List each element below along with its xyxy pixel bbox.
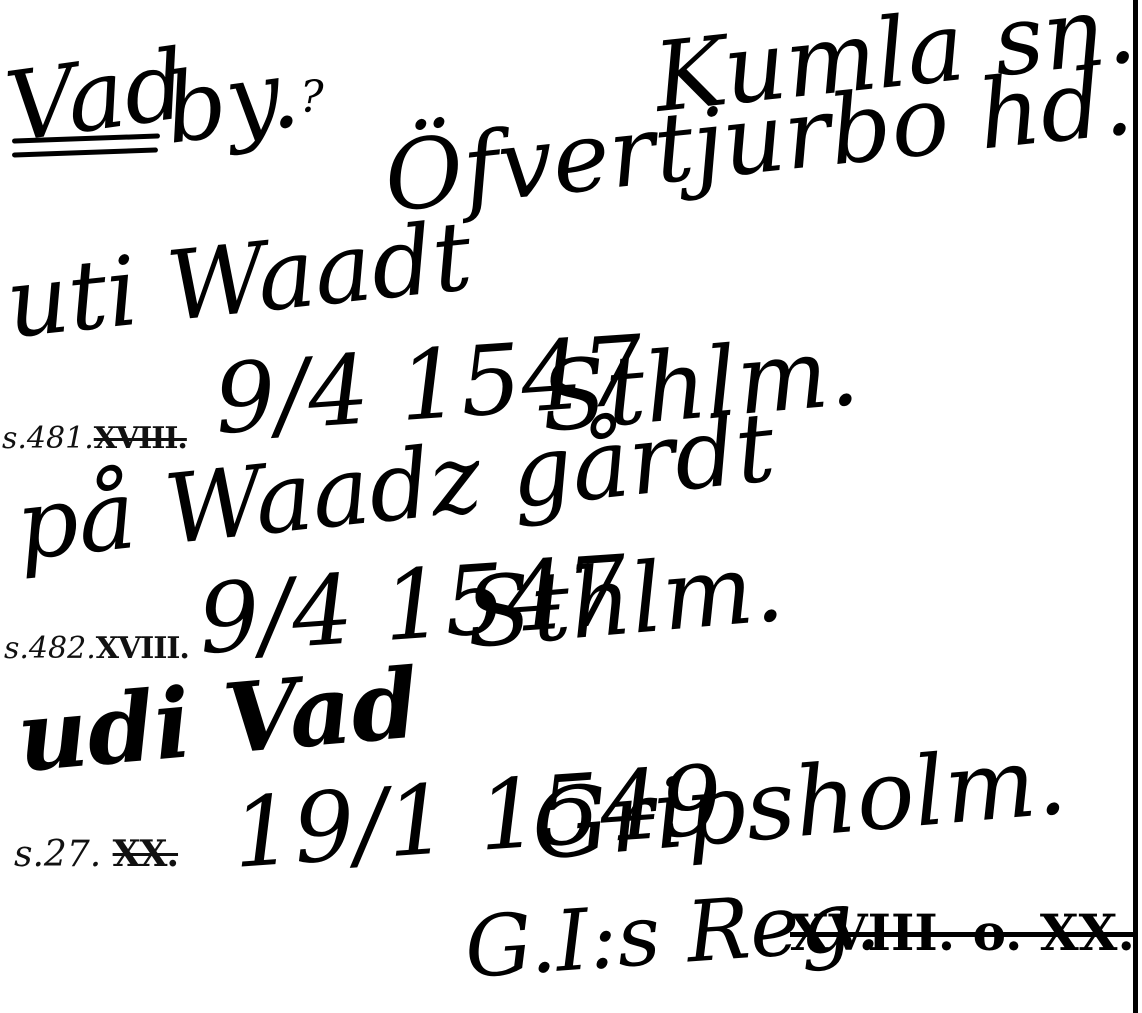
entry-2-reference: s.482.XVIII. [4,634,189,664]
entry-2-ref-volume: XVIII. [96,631,189,666]
entry-2-place-issued: Sthlm. [462,539,788,662]
entry-1-reference: s.481.XVIII. [2,424,187,454]
entry-3-ref-volume: XX. [113,833,178,875]
archival-index-card: Vad by. ? Kumla sn. Öfvertjurbo hd. Vst.… [0,0,1142,1013]
entry-3-ref-page: s.27. [14,834,101,875]
entry-1-ref-volume: XVIII. [94,421,187,456]
entry-3-form: udi Vad [14,655,423,786]
card-edge-border [1133,0,1138,1013]
heading-uncertain-mark: ? [300,76,324,120]
entry-1-ref-page: s.481. [2,421,94,456]
source-volumes: XVIII. o. XX. [790,908,1135,958]
heading-settlement-type: by. [159,44,305,158]
entry-2-ref-page: s.482. [4,631,96,666]
entry-3-reference: s.27. XX. [14,836,178,873]
